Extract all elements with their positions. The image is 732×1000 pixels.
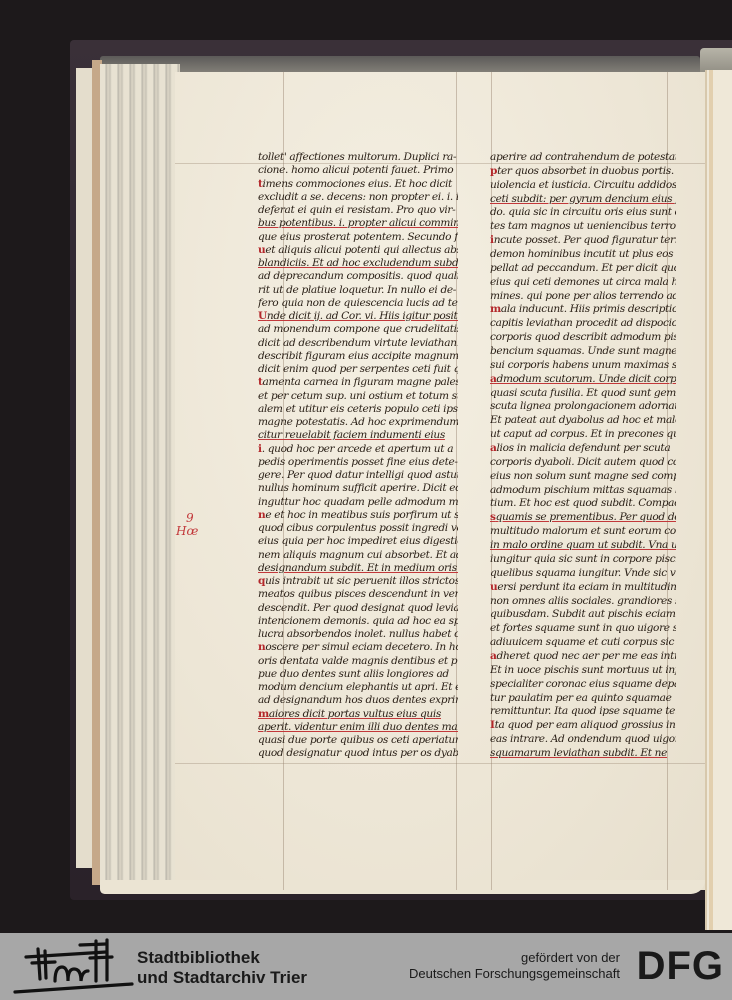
manuscript-line: tes tam magnos ut ueniencibus terrore [490,220,676,234]
manuscript-line: multitudo malorum et sunt eorum concordi… [490,525,676,539]
manuscript-line: ne et hoc in meatibus suis porfirum ut s… [258,509,458,522]
page-bottom-edge [100,880,705,894]
manuscript-line: pellat ad peccandum. Et per dicit quod d… [490,262,676,276]
manuscript-line: citur reuelabit faciem indumenti eius [258,429,458,442]
marginal-annotation: 9 Hœ [176,512,198,538]
manuscript-line: admodum pischium mittas squamas habe- [490,484,676,498]
manuscript-line: quod cibus corpulentus possit ingredi ve… [258,522,458,535]
manuscript-line: designandum subdit. Et in medium oris ei… [258,562,458,575]
manuscript-line: mines. qui pone per alios terrendo ad [490,290,676,304]
facing-page [705,70,732,930]
manuscript-line: uiolencia et iusticia. Circuitu addidos … [490,179,676,193]
manuscript-line: do. quia sic in circuitu oris eius sunt … [490,206,676,220]
manuscript-line: in malo ordine quam ut subdit. Vna uni q… [490,539,676,553]
footer-banner: Stadtbibliothek und Stadtarchiv Trier ge… [0,933,732,1000]
manuscript-line: cione. homo alicui potenti fauet. Primo [258,164,458,177]
manuscript-line: meatos quibus pisces descendunt in ventr… [258,588,458,601]
manuscript-line: admodum scutorum. Unde dicit corpus illi… [490,373,676,387]
manuscript-line: lucra absorbendos inolet. nullus habet c… [258,628,458,641]
manuscript-line: nem aliquis magnum cui absorbet. Et ad h… [258,549,458,562]
manuscript-line: pedis operimentis posset fine eius dete- [258,456,458,469]
manuscript-line: corporis quod describit admodum pischibu… [490,331,676,345]
manuscript-line: excludit a se. decens: non propter ei. i… [258,191,458,204]
manuscript-line: quasi scuta fusilia. Et quod sunt gemma.… [490,387,676,401]
rubric-mark: u [258,244,265,256]
manuscript-line: non omnes aliis sociales. grandiores sun… [490,595,676,609]
rubric-mark: i [490,234,494,246]
rubric-mark: t [258,178,263,190]
manuscript-line: et per cetum sup. uni ostium et totum su… [258,390,458,403]
manuscript-line: describit figuram eius accipite magnum [258,350,458,363]
manuscript-line: tur paulatim per ea quinto squamae [490,692,676,706]
manuscript-line: ad monendum compone que crudelitatis sue [258,323,458,336]
rubric-mark: s [490,511,496,523]
manuscript-line: adheret quod nec aer per me eas intrare [490,650,676,664]
manuscript-line: scuta lignea prolongacionem adornatur. [490,400,676,414]
rubric-mark: U [258,310,267,322]
manuscript-line: squamarum leviathan subdit. Et ne [490,747,676,761]
manuscript-line: pter quos absorbet in duobus portis. Sic [490,165,676,179]
rubric-mark: p [490,165,497,177]
manuscript-line: mala inducunt. Hiis primis descriptione [490,303,676,317]
manuscript-line: aperit. videntur enim illi duo dentes ma… [258,721,458,734]
manuscript-line: capitis leviathan procedit ad dispocicio… [490,317,676,331]
manuscript-line: quis intrabit ut sic peruenit illos stri… [258,575,458,588]
manuscript-line: tamenta carnea in figuram magne pales [258,376,458,389]
dfg-logo: DFG [637,946,724,986]
manuscript-line: nullus hominum sufficit aperire. Dicit e… [258,482,458,495]
funding-line-1: gefördert von der [409,950,620,966]
manuscript-line: i. quod hoc per arcede et apertum ut a [258,443,458,456]
manuscript-line: remittuntur. Ita quod ipse squame tenent… [490,705,676,719]
rubric-mark: n [258,641,265,653]
funding-credit: gefördert von der Deutschen Forschungsge… [409,950,620,982]
manuscript-line: alios in malicia defendunt per scuta [490,442,676,456]
manuscript-line: ad designandum hos duos dentes exprimend… [258,694,458,707]
manuscript-line: sui corporis habens unum maximas squamas [490,359,676,373]
manuscript-line: specialiter coronac eius squame deparati [490,678,676,692]
manuscript-line: modum dencium elephantis ut apri. Et erg… [258,681,458,694]
manuscript-line: quibusdam. Subdit aut pischis eciam [490,608,676,622]
manuscript-line: quasi due porte quibus os ceti aperiatur… [258,734,458,747]
manuscript-line: dicit ad describendum virtute leviathan.… [258,337,458,350]
manuscript-line: que eius prosterat potentem. Secundo fa- [258,231,458,244]
rubric-mark: a [490,650,497,662]
manuscript-line: demon hominibus incutit ut plus eos im- [490,248,676,262]
rubric-mark: I [490,719,495,731]
left-text-column: tollet' affectiones multorum. Duplici ra… [258,151,458,761]
rubric-mark: n [258,509,265,521]
manuscript-line: corporis dyaboli. Dicit autem quod compa… [490,456,676,470]
manuscript-line: gere. Per quod datur intelligi quod astu… [258,469,458,482]
manuscript-line: blandiciis. Et ad hoc excludendum subdit… [258,257,458,270]
manuscript-line: inguttur hoc quadam pelle admodum membra… [258,496,458,509]
manuscript-line: intencionem demonis. quia ad hoc ea spei [258,615,458,628]
manuscript-line: deferat ei quin ei resistam. Pro quo vir… [258,204,458,217]
rubric-mark: t [258,376,263,388]
manuscript-line: quelibus squama iungitur. Vnde sic vni- [490,567,676,581]
institution-line-1: Stadtbibliothek [137,948,307,968]
manuscript-line: rit ut de platiue loquetur. In nullo ei … [258,284,458,297]
trier-library-logo-icon [10,937,135,995]
manuscript-line: Unde dicit ij. ad Cor. vi. Hiis igitur p… [258,310,458,323]
margin-note-line: Hœ [176,525,198,538]
manuscript-line: incute posset. Per quod figuratur terror… [490,234,676,248]
manuscript-line: oris dentata valde magnis dentibus et pr… [258,655,458,668]
manuscript-line: et fortes squame sunt in quo uigore sic … [490,622,676,636]
manuscript-line: ceti subdit: per gyrum dencium eius form… [490,193,676,207]
manuscript-line: ut caput ad corpus. Et in precones qui [490,428,676,442]
manuscript-line: fero quia non de quiescencia lucis ad te… [258,297,458,310]
manuscript-line: iungitur quia sic sunt in corpore pischi… [490,553,676,567]
right-text-column: aperire ad contrahendum de potestate eiu… [490,151,676,761]
manuscript-line: uersi perdunt ita eciam in multitudine m… [490,581,676,595]
manuscript-line: tium. Et hoc est quod subdit. Compacte a… [490,497,676,511]
manuscript-line: squamis se prementibus. Per quod designa… [490,511,676,525]
rubric-mark: a [490,442,497,454]
manuscript-line: eius quia per hoc impediret eius digesti… [258,535,458,548]
manuscript-line: ad deprecandum compositis. quod qualis p… [258,270,458,283]
institution-name: Stadtbibliothek und Stadtarchiv Trier [137,948,307,988]
manuscript-line: Et pateat aut dyabolus ad hoc et malos [490,414,676,428]
rubric-mark: m [490,303,501,315]
page-stack-edges [100,64,180,889]
manuscript-line: alem et utitur eis ceteris populo ceti i… [258,403,458,416]
rubric-mark: a [490,373,497,385]
rubric-mark: u [490,581,497,593]
rubric-mark: m [258,708,269,720]
manuscript-line: quod designatur quod intus per os dyabol… [258,747,458,760]
manuscript-line: Ita quod per eam aliquod grossius inter [490,719,676,733]
manuscript-line: bencium squamas. Unde sunt magne [490,345,676,359]
ruling-line [175,763,705,764]
funding-line-2: Deutschen Forschungsgemeinschaft [409,966,620,982]
institution-line-2: und Stadtarchiv Trier [137,968,307,988]
manuscript-line: adiuuicem squame et cuti corpus sic ce [490,636,676,650]
manuscript-line: Et in uoce pischis sunt mortuus ut infri… [490,664,676,678]
manuscript-line: eius non solum sunt magne sed compacte e… [490,470,676,484]
manuscript-line: noscere per simul eciam decetero. In hoc… [258,641,458,654]
manuscript-line: timens commociones eius. Et hoc dicit [258,178,458,191]
rubric-mark: i [258,443,262,455]
gutter-fold [709,70,713,930]
manuscript-line: bus potentibus. i. propter alicui commin… [258,217,458,230]
manuscript-line: descendit. Per quod designat quod leviat… [258,602,458,615]
manuscript-line: magne potestatis. Ad hoc exprimendum di- [258,416,458,429]
manuscript-line: pue duo dentes sunt aliis longiores ad [258,668,458,681]
manuscript-scan: 9 Hœ tollet' affectiones multorum. Dupli… [0,0,732,933]
manuscript-line: maiores dicit portas vultus eius quis [258,708,458,721]
manuscript-line: dicit enim quod per serpentes ceti fuit … [258,363,458,376]
manuscript-line: uet aliquis alicui potenti qui allectus … [258,244,458,257]
rubric-mark: q [258,575,265,587]
manuscript-line: tollet' affectiones multorum. Duplici ra… [258,151,458,164]
manuscript-line: eius qui ceti demones ut circa mala ho- [490,276,676,290]
manuscript-line: eas intrare. Ad ondendum quod uigorem [490,733,676,747]
manuscript-line: aperire ad contrahendum de potestate eiu… [490,151,676,165]
